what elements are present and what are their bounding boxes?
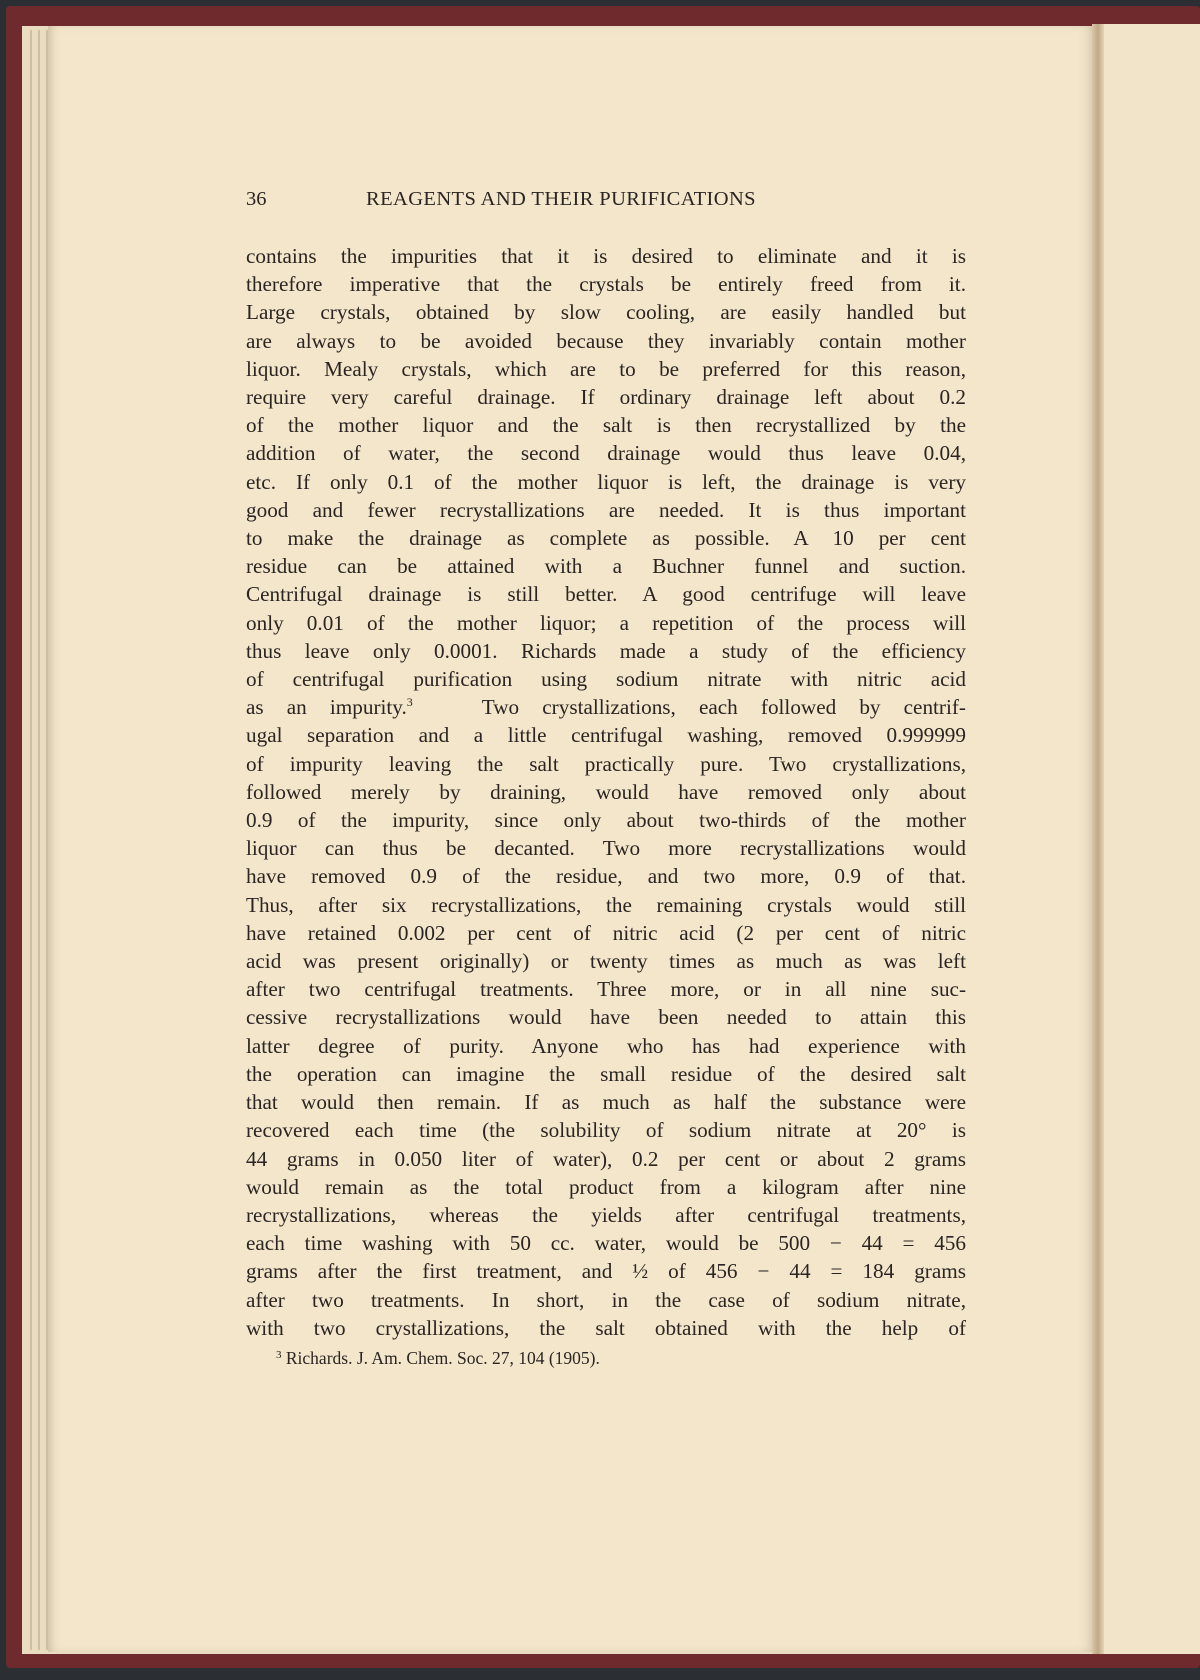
text-line: etc. If only 0.1 of the mother liquor is…	[246, 468, 966, 496]
page-content: 36 REAGENTS AND THEIR PURIFICATIONS cont…	[246, 188, 966, 1369]
text-line: with two crystallizations, the salt obta…	[246, 1314, 966, 1342]
text-segment: as an impurity.	[246, 695, 407, 719]
text-line: good and fewer recrystallizations are ne…	[246, 496, 966, 524]
text-line: addition of water, the second drainage w…	[246, 439, 966, 467]
text-line: therefore imperative that the crystals b…	[246, 270, 966, 298]
text-line: 0.9 of the impurity, since only about tw…	[246, 806, 966, 834]
page-edge	[38, 30, 40, 1650]
text-line: the operation can imagine the small resi…	[246, 1060, 966, 1088]
text-line: of impurity leaving the salt practically…	[246, 750, 966, 778]
text-line: of the mother liquor and the salt is the…	[246, 411, 966, 439]
text-line: followed merely by draining, would have …	[246, 778, 966, 806]
text-line: of centrifugal purification using sodium…	[246, 665, 966, 693]
text-line: Centrifugal drainage is still better. A …	[246, 580, 966, 608]
text-line: Large crystals, obtained by slow cooling…	[246, 298, 966, 326]
footnote-reference[interactable]: 3	[407, 695, 413, 709]
text-line: require very careful drainage. If ordina…	[246, 383, 966, 411]
text-line: each time washing with 50 cc. water, wou…	[246, 1229, 966, 1257]
text-line: would remain as the total product from a…	[246, 1173, 966, 1201]
running-head-title: REAGENTS AND THEIR PURIFICATIONS	[366, 188, 756, 211]
facing-page	[1104, 24, 1200, 1654]
text-line: latter degree of purity. Anyone who has …	[246, 1032, 966, 1060]
text-line: liquor. Mealy crystals, which are to be …	[246, 355, 966, 383]
text-line: cessive recrystallizations would have be…	[246, 1003, 966, 1031]
text-line: 44 grams in 0.050 liter of water), 0.2 p…	[246, 1145, 966, 1173]
text-line: recovered each time (the solubility of s…	[246, 1116, 966, 1144]
running-head: 36 REAGENTS AND THEIR PURIFICATIONS	[246, 188, 966, 218]
text-line: residue can be attained with a Buchner f…	[246, 552, 966, 580]
footnote: 3 Richards. J. Am. Chem. Soc. 27, 104 (1…	[276, 1348, 966, 1369]
page-number: 36	[246, 188, 267, 211]
text-line: have retained 0.002 per cent of nitric a…	[246, 919, 966, 947]
text-line: grams after the first treatment, and ½ o…	[246, 1257, 966, 1285]
text-line: have removed 0.9 of the residue, and two…	[246, 862, 966, 890]
footnote-marker: 3	[276, 1349, 282, 1361]
text-line: thus leave only 0.0001. Richards made a …	[246, 637, 966, 665]
text-line: acid was present originally) or twenty t…	[246, 947, 966, 975]
text-line-with-footnote-ref: as an impurity.3 Two crystallizations, e…	[246, 693, 966, 721]
text-line: contains the impurities that it is desir…	[246, 242, 966, 270]
text-line: recrystallizations, whereas the yields a…	[246, 1201, 966, 1229]
text-line: liquor can thus be decanted. Two more re…	[246, 834, 966, 862]
text-line: Thus, after six recrystallizations, the …	[246, 891, 966, 919]
text-segment: Two crystallizations, each followed by c…	[482, 695, 966, 719]
text-line: to make the drainage as complete as poss…	[246, 524, 966, 552]
footnote-text: Richards. J. Am. Chem. Soc. 27, 104 (190…	[286, 1348, 600, 1368]
body-text: contains the impurities that it is desir…	[246, 242, 966, 1342]
text-line: only 0.01 of the mother liquor; a repeti…	[246, 609, 966, 637]
book-gutter	[1092, 24, 1104, 1654]
text-line: that would then remain. If as much as ha…	[246, 1088, 966, 1116]
text-line: ugal separation and a little centrifugal…	[246, 721, 966, 749]
text-line: are always to be avoided because they in…	[246, 327, 966, 355]
text-line: after two centrifugal treatments. Three …	[246, 975, 966, 1003]
page-edge	[30, 30, 32, 1650]
text-line: after two treatments. In short, in the c…	[246, 1286, 966, 1314]
